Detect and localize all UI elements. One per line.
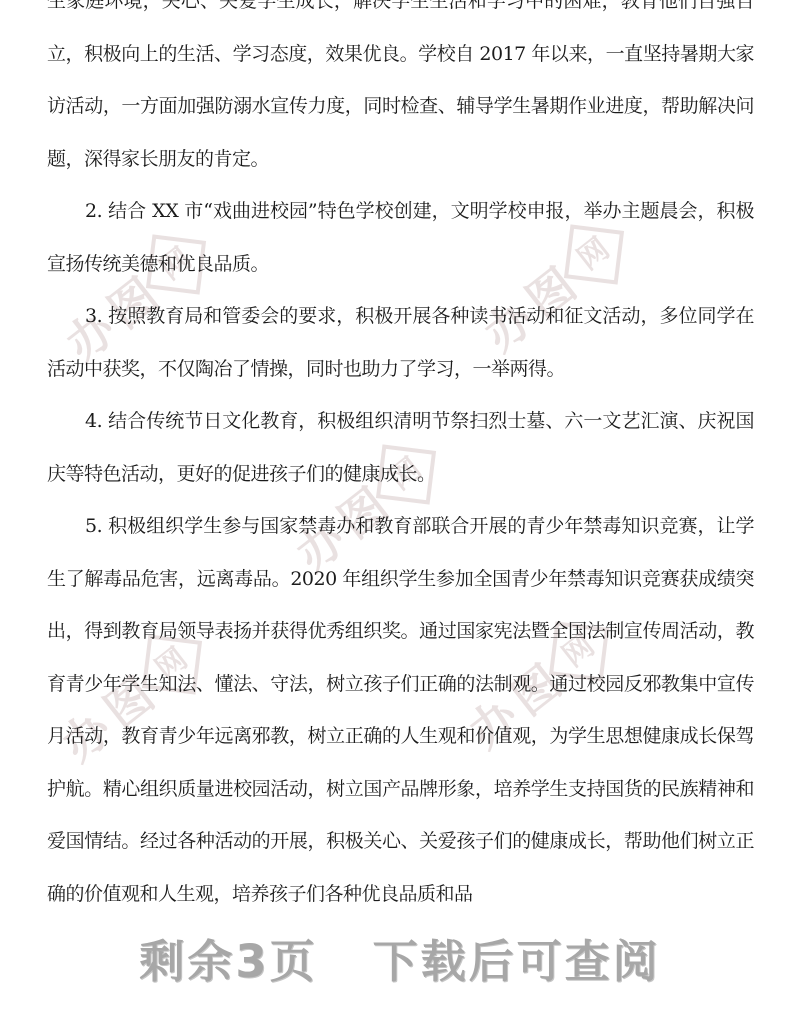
- paragraph-item-3: 3. 按照教育局和管委会的要求，积极开展各种读书活动和征文活动，多位同学在活动中…: [47, 290, 754, 395]
- paragraph-1-continued-from-previous-page: 生家庭环境，关心、关爱学生成长，解决学生生活和学习中的困难，教育他们自强自立，积…: [47, 0, 754, 185]
- download-hint-label: 下载后可查阅: [373, 935, 661, 988]
- paragraph-item-2: 2. 结合 XX 市“戏曲进校园”特色学校创建，文明学校申报，举办主题晨会，积极…: [47, 185, 754, 290]
- document-page: 办图 网 办图 网 办图 网 办图 网 办图 网: [0, 0, 800, 1033]
- pages-remaining-notice: 剩余3页下载后可查阅: [0, 925, 800, 990]
- document-body: 生家庭环境，关心、关爱学生成长，解决学生生活和学习中的困难，教育他们自强自立，积…: [47, 0, 754, 920]
- paragraph-item-5: 5. 积极组织学生参与国家禁毒办和教育部联合开展的青少年禁毒知识竞赛，让学生了解…: [47, 500, 754, 920]
- paragraph-item-4: 4. 结合传统节日文化教育，积极组织清明节祭扫烈士墓、六一文艺汇演、庆祝国庆等特…: [47, 395, 754, 500]
- remaining-pages-label: 剩余3页: [139, 935, 317, 988]
